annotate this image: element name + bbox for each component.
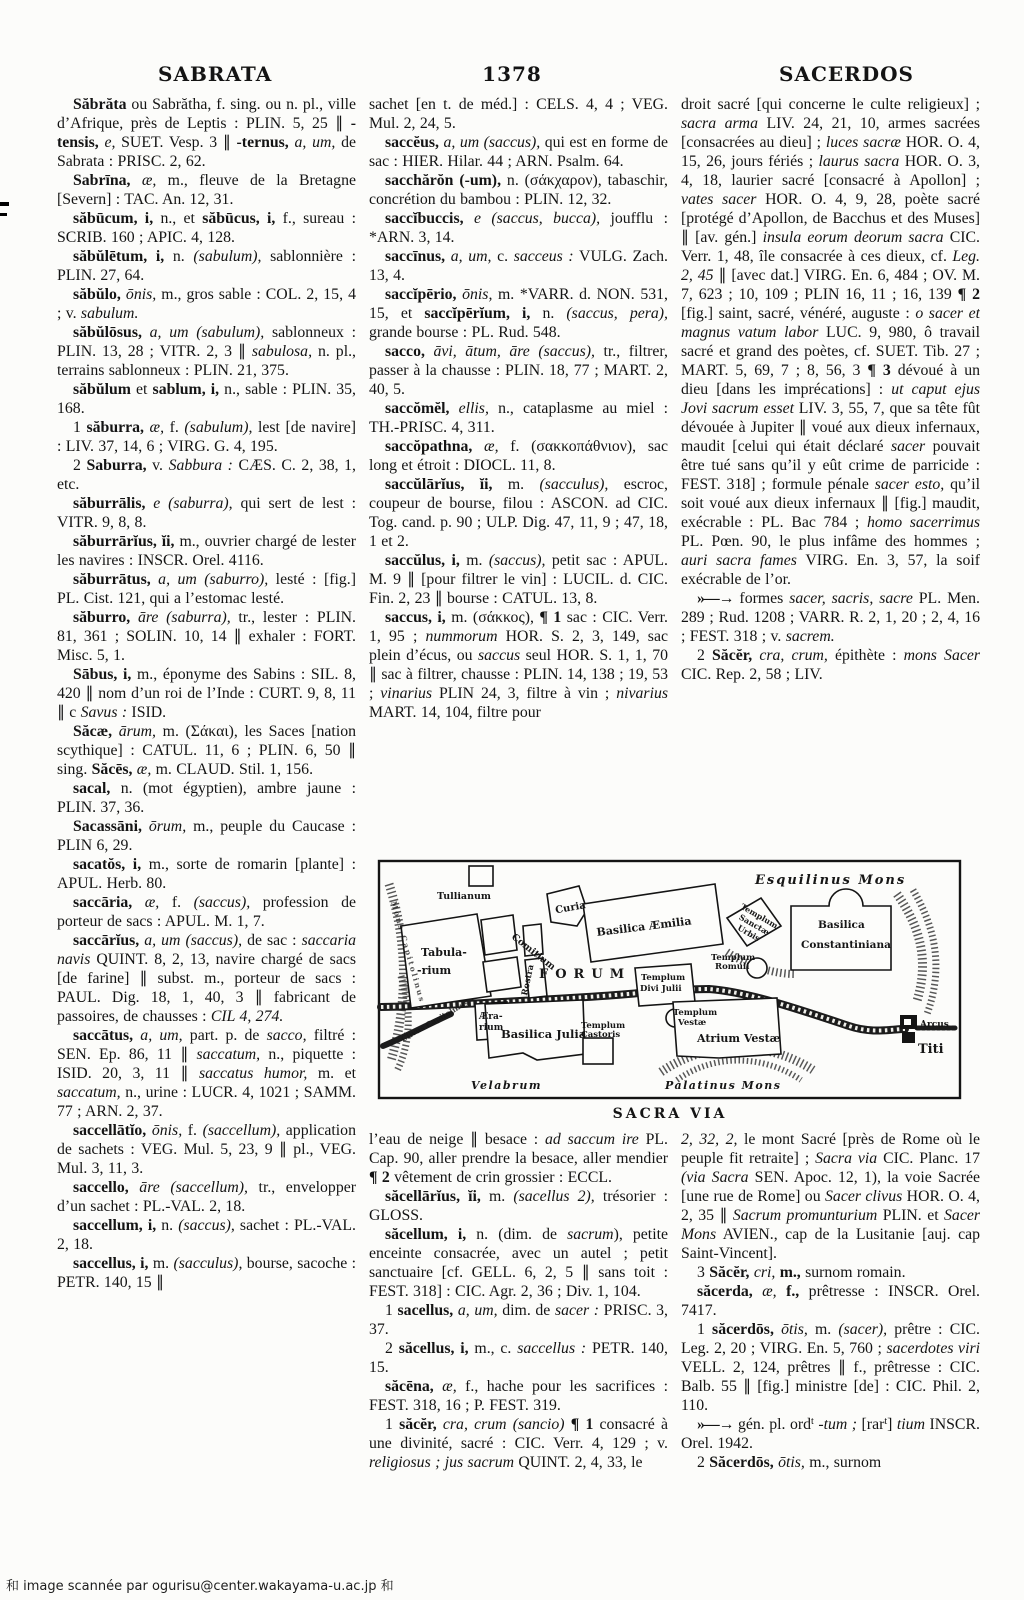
text-run: dim. de: [498, 1302, 555, 1319]
text-run: mons Sacer: [904, 647, 980, 664]
map-label-tullianum: Tullianum: [437, 891, 491, 902]
text-run: săburrārĭus, ĭi,: [73, 533, 175, 550]
dictionary-entry: sacchărŏn (-um), n. (σάκχαρον), tabaschi…: [369, 171, 668, 209]
text-run: m., c.: [469, 1340, 518, 1357]
column-1: Săbrăta ou Sabrătha, f. sing. ou n. pl.,…: [57, 95, 356, 1569]
text-run: PL. Pœn. 90, le plus infâme des hommes ;: [681, 533, 980, 550]
text-run: SUET. Vesp. 3 ∥: [115, 134, 236, 151]
text-run: (saccus),: [489, 552, 546, 569]
text-run: QUINT. 2, 4, 33, le: [514, 1454, 643, 1471]
text-run: Săcēs,: [92, 761, 133, 778]
text-run: cra, crum,: [752, 647, 828, 664]
text-run: āre (saburra),: [130, 609, 230, 626]
dictionary-entry: 2, 32, 2, le mont Sacré [près de Rome où…: [681, 1130, 980, 1263]
column-2-above-map: sachet [en t. de méd.] : CELS. 4, 4 ; VE…: [369, 95, 668, 851]
dictionary-entry: săbŭlētum, i, n. (sabulum), sablonnière …: [57, 247, 356, 285]
text-run: săbŭlētum, i,: [73, 248, 164, 265]
dictionary-page: SABRATA 1378 SACERDOS Săbrăta ou Sabrăth…: [0, 0, 1024, 1600]
text-run: »—→: [697, 590, 734, 607]
text-run: sacer :: [555, 1302, 599, 1319]
text-run: f.: [159, 894, 193, 911]
map-label-templum-castoris: Castoris: [581, 1030, 620, 1040]
map-label-palatinus-mons: Palatinus Mons: [664, 1079, 781, 1092]
text-run: m. (σάκκος),: [446, 609, 540, 626]
dictionary-entry: saccŏpathna, æ, f. (σακκοπάθνιον), sac l…: [369, 437, 668, 475]
text-run: ]: [887, 1416, 897, 1433]
map-label-aerarium: Æra-: [478, 1012, 503, 1022]
text-run: n.: [156, 1217, 178, 1234]
text-run: Săcĕr,: [709, 1264, 749, 1281]
text-run: m., surnom: [805, 1454, 881, 1471]
map-label-tabularium: -rium: [417, 964, 452, 977]
text-run: Sabrīna,: [73, 172, 131, 189]
text-run: æ,: [472, 438, 498, 455]
text-run: sacal,: [73, 780, 110, 797]
text-run: săcĕr,: [399, 1416, 437, 1433]
text-run: saccellus :: [517, 1340, 586, 1357]
dictionary-entry: Sacassāni, ōrum, m., peuple du Caucase :…: [57, 817, 356, 855]
dictionary-entry: saccŭlus, i, m. (saccus), petit sac : AP…: [369, 551, 668, 608]
text-run: săbūcum, i,: [73, 210, 153, 227]
dictionary-entry: l’eau de neige ∥ besace : ad saccum ire …: [369, 1130, 668, 1187]
dictionary-entry: săcellum, i, n. (dim. de sacrum), petite…: [369, 1225, 668, 1301]
forum-map-illustration: Esquilinus Mons Tullianum Curia Comitium…: [377, 856, 963, 1102]
column-2-below-map: l’eau de neige ∥ besace : ad saccum ire …: [369, 1130, 668, 1568]
dictionary-entry: saccātus, a, um, part. p. de sacco, filt…: [57, 1026, 356, 1121]
dictionary-entry: săburrālis, e (saburra), qui sert de les…: [57, 494, 356, 532]
text-run: æ,: [132, 894, 159, 911]
dictionary-entry: saccello, āre (saccellum), tr., envelopp…: [57, 1178, 356, 1216]
text-run: surnom romain.: [801, 1264, 906, 1281]
text-run: f.: [182, 1122, 202, 1139]
text-run: Savus :: [81, 704, 127, 721]
text-run: sacer esto,: [875, 476, 945, 493]
dictionary-entry: sacatŏs, i, m., sorte de romarin [plante…: [57, 855, 356, 893]
hill-hatching-esquilinus: [897, 894, 923, 1001]
text-run: ellis,: [449, 400, 488, 417]
text-run: Sacassāni,: [73, 818, 142, 835]
map-label-templum-divi-julii: Divi Julii: [640, 984, 682, 994]
text-run: e (saburra),: [145, 495, 232, 512]
map-label-templum-divi-julii: Templum: [641, 973, 685, 983]
text-run: săcellārĭus, ĭi,: [385, 1188, 481, 1205]
dictionary-entry: sacal, n. (mot égyptien), ambre jaune : …: [57, 779, 356, 817]
text-run: æ,: [131, 172, 157, 189]
text-run: āvi, ātum, āre (saccus),: [425, 343, 595, 360]
text-run: saccīnus,: [385, 248, 445, 265]
text-run: a, um,: [453, 1302, 497, 1319]
dictionary-entry: 1 săcĕr, cra, crum (sancio) ¶ 1 consacré…: [369, 1415, 668, 1472]
text-run: auri sacra fames: [681, 552, 797, 569]
text-run: c.: [491, 248, 513, 265]
dictionary-entry: 2 Saburra, v. Sabbura : CÆS. C. 2, 38, 1…: [57, 456, 356, 494]
map-label-basilica-julia: Basilica Julia: [501, 1027, 587, 1041]
text-run: sablum, i,: [153, 381, 220, 398]
text-run: ōnis,: [457, 286, 493, 303]
dictionary-entry: saccellus, i, m. (sacculus), bourse, sac…: [57, 1254, 356, 1292]
text-run: (sabulum),: [193, 248, 261, 265]
dictionary-entry: săbŭlo, ōnis, m., gros sable : COL. 2, 1…: [57, 285, 356, 323]
text-run: sacrum: [567, 1226, 614, 1243]
text-run: MART. 14, 104, filtre pour: [369, 704, 541, 721]
text-run: nummorum: [426, 628, 498, 645]
text-run: m.: [460, 552, 489, 569]
forum-map-svg: Esquilinus Mons Tullianum Curia Comitium…: [377, 856, 963, 1102]
text-run: saccŏmĕl,: [385, 400, 449, 417]
text-run: saccŭlārĭus, ĭi,: [385, 476, 493, 493]
text-run: æ,: [434, 1378, 457, 1395]
text-run: 1: [697, 1321, 712, 1338]
text-run: f.,: [786, 1283, 799, 1300]
dictionary-entry: săcēna, æ, f., hache pour les sacrifices…: [369, 1377, 668, 1415]
building-templum-castoris: [583, 1038, 613, 1064]
text-run: (saccus),: [194, 894, 251, 911]
scan-artifact: [0, 213, 7, 216]
text-run: a, um,: [445, 248, 491, 265]
text-run: cra, crum (sancio): [437, 1416, 565, 1433]
text-run: Săcæ,: [73, 723, 112, 740]
text-run: m. CLAUD. Stil. 1, 156.: [151, 761, 313, 778]
dictionary-entry: 2 săcellus, i, m., c. saccellus : PETR. …: [369, 1339, 668, 1377]
text-run: saccĭbuccis,: [385, 210, 464, 227]
text-run: 2: [73, 457, 86, 474]
text-run: a, um,: [133, 1027, 182, 1044]
text-run: gén. pl. ord: [734, 1416, 812, 1433]
text-run: săburra,: [86, 419, 144, 436]
text-run: homo sacerrimus: [867, 514, 980, 531]
text-run: ∥ [avec dat.] VIRG. En. 6, 484 ; OV. M. …: [681, 267, 980, 303]
text-run: (via Sacra: [681, 1169, 749, 1186]
dictionary-entry: droit sacré [qui concerne le culte relig…: [681, 95, 980, 589]
text-run: luces sacræ: [826, 134, 901, 151]
text-run: săburrātus,: [73, 571, 151, 588]
dictionary-entry: saccellātĭo, ōnis, f. (saccellum), appli…: [57, 1121, 356, 1178]
map-label-templum-vestae: Vestæ: [677, 1018, 706, 1028]
text-run: ISID.: [127, 704, 166, 721]
text-run: săbŭlum: [73, 381, 131, 398]
text-run: Sacer clivus: [825, 1188, 902, 1205]
text-run: săcellus, i,: [399, 1340, 469, 1357]
text-run: e (saccus, bucca),: [464, 210, 601, 227]
text-run: saccellus, i,: [73, 1255, 148, 1272]
text-run: ¶ 3: [867, 362, 890, 379]
text-run: f.: [164, 419, 184, 436]
dictionary-entry: săbŭlōsus, a, um (sabulum), sablonneux :…: [57, 323, 356, 380]
text-run: saccatum,: [197, 1046, 261, 1063]
text-run: săbŭlōsus,: [73, 324, 142, 341]
dictionary-entry: saccĕus, a, um (saccus), qui est en form…: [369, 133, 668, 171]
text-run: sacerdotes viri: [887, 1340, 981, 1357]
text-run: Sābus, i,: [73, 666, 131, 683]
text-run: »—→: [697, 1416, 734, 1433]
text-run: (sabulum),: [184, 419, 252, 436]
text-run: 2: [697, 647, 712, 664]
text-run: m. et: [307, 1065, 356, 1082]
map-label-templum-romuli: Romuli: [715, 962, 750, 972]
dictionary-entry: saccāria, æ, f. (saccus), profession de …: [57, 893, 356, 931]
text-run: saccāria,: [73, 894, 132, 911]
text-run: sacellus,: [398, 1302, 454, 1319]
text-run: sacceus :: [514, 248, 574, 265]
text-run: (saccellum),: [203, 1122, 281, 1139]
text-run: saccātus,: [73, 1027, 133, 1044]
text-run: m.: [493, 476, 540, 493]
text-run: săcellum, i,: [385, 1226, 466, 1243]
text-run: 3: [697, 1264, 709, 1281]
text-run: de sac :: [242, 932, 302, 949]
text-run: sacra arma: [681, 115, 758, 132]
text-run: ¶ 1: [571, 1416, 594, 1433]
text-run: Săbrăta: [73, 96, 127, 113]
text-run: saccatus humor,: [199, 1065, 307, 1082]
text-run: v.: [147, 457, 169, 474]
text-run: n. (dim. de: [466, 1226, 567, 1243]
dictionary-entry: Săbrăta ou Sabrătha, f. sing. ou n. pl.,…: [57, 95, 356, 171]
text-run: ōnis,: [121, 286, 156, 303]
text-run: 1: [385, 1416, 399, 1433]
text-run: ōtis,: [774, 1454, 805, 1471]
text-run: 1: [73, 419, 86, 436]
map-label-basilica-constantiniana: Constantiniana: [801, 939, 891, 951]
dictionary-entry: saccŏmĕl, ellis, n., cataplasme au miel …: [369, 399, 668, 437]
map-label-tabularium: Tabula-: [421, 946, 467, 959]
text-run: -ternus,: [237, 134, 289, 151]
text-run: l’eau de neige ∥ besace :: [369, 1131, 545, 1148]
dictionary-entry: sacco, āvi, ātum, āre (saccus), tr., fil…: [369, 342, 668, 399]
text-run: 2: [385, 1340, 399, 1357]
map-label-forum: FORUM: [539, 967, 631, 982]
text-run: saccatum,: [57, 1084, 121, 1101]
dictionary-entry: saccārĭus, a, um (saccus), de sac : sacc…: [57, 931, 356, 1026]
dictionary-entry: saccellum, i, n. (saccus), sachet : PL.-…: [57, 1216, 356, 1254]
map-label-basilica-constantiniana: Basilica: [818, 919, 865, 931]
text-run: m.: [808, 1321, 839, 1338]
text-run: æ,: [132, 761, 151, 778]
map-label-aerarium: rium: [479, 1023, 504, 1033]
text-run: vates sacer: [681, 191, 756, 208]
text-run: (sacculus),: [174, 1255, 243, 1272]
dictionary-entry: 1 săburra, æ, f. (sabulum), lest [de nav…: [57, 418, 356, 456]
text-run: 2, 32, 2,: [681, 1131, 737, 1148]
column-3-above-map: droit sacré [qui concerne le culte relig…: [681, 95, 980, 851]
text-run: a, um (sabulum),: [142, 324, 264, 341]
dictionary-entry: 2 Săcĕr, cra, crum, épithète : mons Sace…: [681, 646, 980, 684]
text-run: (saccus),: [178, 1217, 235, 1234]
dictionary-entry: Sābus, i, m., éponyme des Sabins : SIL. …: [57, 665, 356, 722]
dictionary-entry: sachet [en t. de méd.] : CELS. 4, 4 ; VE…: [369, 95, 668, 133]
text-run: VELL. 2, 124, prêtres ∥ f., prêtresse : …: [681, 1359, 980, 1414]
text-run: a, um (saburro),: [151, 571, 269, 588]
scan-artifact: [0, 202, 9, 206]
text-run: săbŭlo,: [73, 286, 121, 303]
dictionary-entry: 1 sacellus, a, um, dim. de sacer : PRISC…: [369, 1301, 668, 1339]
text-run: saccĕus,: [385, 134, 439, 151]
text-run: (sacculus),: [539, 476, 608, 493]
text-run: AVIEN., cap de la Lusitanie [auj. cap Sa…: [681, 1226, 980, 1262]
map-caption: SACRA VIA: [377, 1106, 963, 1122]
text-run: -tum ;: [818, 1416, 857, 1433]
dictionary-entry: Săcæ, ārum, m. (Σάκαι), les Saces [natio…: [57, 722, 356, 779]
header-right-word: SACERDOS: [779, 62, 914, 86]
text-run: [fig.] saint, sacré, vénéré, auguste :: [681, 305, 915, 322]
text-run: ¶ 1: [539, 609, 561, 626]
text-run: sachet [en t. de méd.] : CELS. 4, 4 ; VE…: [369, 96, 668, 132]
text-run: saccus, i,: [385, 609, 446, 626]
dictionary-entry: saccĭpērio, ōnis, m. *VARR. d. NON. 531,…: [369, 285, 668, 342]
text-run: PLIN 24, 3, filtre à vin ;: [432, 685, 616, 702]
text-run: sacco,: [267, 1027, 307, 1044]
text-run: CIC. Planc. 17: [877, 1150, 980, 1167]
text-run: sacco,: [385, 343, 425, 360]
building-atrium-vestae: [673, 998, 781, 1058]
text-run: saccĭpērĭum, i,: [424, 305, 530, 322]
dictionary-entry: săbŭlum et sablum, i, n., sable : PLIN. …: [57, 380, 356, 418]
text-run: Săcerdōs,: [709, 1454, 774, 1471]
text-run: saccĭpērio,: [385, 286, 457, 303]
text-run: [777, 1283, 786, 1300]
text-run: QUINT. 8, 2, 13, navire chargé de sacs […: [57, 951, 356, 1025]
dictionary-entry: Sabrīna, æ, m., fleuve de la Bretagne [S…: [57, 171, 356, 209]
building-annex: [483, 957, 521, 992]
dictionary-entry: săcerda, æ, f., prêtresse : INSCR. Orel.…: [681, 1282, 980, 1320]
text-run: e,: [99, 134, 116, 151]
text-run: grande bourse : PL. Rud. 548.: [369, 324, 561, 341]
map-label-titi: Titi: [918, 1042, 944, 1057]
text-run: ad saccum ire: [545, 1131, 639, 1148]
map-label-atrium-vestae: Atrium Vestæ: [696, 1032, 781, 1045]
text-run: droit sacré [qui concerne le culte relig…: [681, 96, 980, 113]
text-run: æ,: [144, 419, 164, 436]
building-annex: [481, 915, 517, 955]
text-run: formes: [734, 590, 790, 607]
text-run: āre (saccellum),: [129, 1179, 248, 1196]
dictionary-entry: săbūcum, i, n., et săbūcus, i, f., surea…: [57, 209, 356, 247]
column-3-below-map: 2, 32, 2, le mont Sacré [près de Rome où…: [681, 1130, 980, 1568]
text-run: ¶ 2: [369, 1169, 390, 1186]
text-run: CIL 4, 274.: [211, 1008, 284, 1025]
text-run: sacer, sacris, sacre: [789, 590, 913, 607]
text-run: nivarius: [616, 685, 668, 702]
text-run: a, um (saccus),: [439, 134, 540, 151]
text-run: ārum,: [112, 723, 156, 740]
text-run: n., et: [153, 210, 202, 227]
text-run: saccŏpathna,: [385, 438, 472, 455]
text-run: vêtement de crin grossier : ECCL.: [390, 1169, 612, 1186]
text-run: săbūcus, i,: [202, 210, 275, 227]
text-run: ¶ 2: [958, 286, 980, 303]
dictionary-entry: 1 săcerdōs, ōtis, m. (sacer), prêtre : C…: [681, 1320, 980, 1415]
dictionary-entry: saccīnus, a, um, c. sacceus : VULG. Zach…: [369, 247, 668, 285]
dictionary-entry: 2 Săcerdōs, ōtis, m., surnom: [681, 1453, 980, 1472]
text-run: cri,: [749, 1264, 775, 1281]
text-run: saccellātĭo,: [73, 1122, 146, 1139]
text-run: saccellum, i,: [73, 1217, 156, 1234]
text-run: săcerda,: [697, 1283, 753, 1300]
text-run: (sacer),: [838, 1321, 887, 1338]
text-run: sabulosa,: [252, 343, 312, 360]
running-header: SABRATA 1378 SACERDOS: [0, 62, 1024, 92]
text-run: jus sacrum: [445, 1454, 514, 1471]
text-run: sabulum.: [81, 305, 139, 322]
map-label-arcus: Arcus: [919, 1020, 949, 1030]
scan-credit: 和 image scannée par ogurisu@center.wakay…: [6, 1575, 394, 1594]
dictionary-entry: »—→ formes sacer, sacris, sacre PL. Men.…: [681, 589, 980, 646]
text-run: religiosus ;: [369, 1454, 440, 1471]
text-run: săcēna,: [385, 1378, 434, 1395]
text-run: 2: [697, 1454, 709, 1471]
text-run: m.: [481, 1188, 513, 1205]
text-run: (saccus, pera),: [566, 305, 668, 322]
text-run: săburrālis,: [73, 495, 145, 512]
text-run: n.: [530, 305, 566, 322]
building-arcus-titi: [902, 1032, 915, 1043]
dictionary-entry: »—→ gén. pl. ordt -tum ; [rart] tium INS…: [681, 1415, 980, 1453]
text-run: æ,: [753, 1283, 777, 1300]
text-run: PLIN. et: [877, 1207, 944, 1224]
text-run: ōrum,: [142, 818, 186, 835]
text-run: [rar: [857, 1416, 884, 1433]
map-label-velabrum: Velabrum: [471, 1079, 542, 1092]
text-run: m.: [148, 1255, 173, 1272]
text-run: épithète :: [828, 647, 904, 664]
text-run: insula eorum deorum sacra: [763, 229, 944, 246]
text-run: et: [131, 381, 153, 398]
text-run: vinarius: [380, 685, 432, 702]
text-run: Sacra via: [815, 1150, 877, 1167]
text-run: a, um,: [289, 134, 336, 151]
map-label-templum-vestae: Templum: [673, 1008, 717, 1018]
dictionary-entry: săburrārĭus, ĭi, m., ouvrier chargé de l…: [57, 532, 356, 570]
building-arcus-titi-opening: [904, 1019, 911, 1025]
text-run: saccus: [478, 647, 520, 664]
text-run: sacer: [891, 438, 925, 455]
text-run: săburro,: [73, 609, 130, 626]
text-run: sacchărŏn (-um),: [385, 172, 501, 189]
text-run: saccŭlus, i,: [385, 552, 460, 569]
text-run: saccārĭus,: [73, 932, 139, 949]
dictionary-entry: săburrātus, a, um (saburro), lesté : [fi…: [57, 570, 356, 608]
dictionary-entry: saccŭlārĭus, ĭi, m. (sacculus), escroc, …: [369, 475, 668, 551]
dictionary-entry: saccĭbuccis, e (saccus, bucca), joufflu …: [369, 209, 668, 247]
text-run: sacatŏs, i,: [73, 856, 141, 873]
text-run: saccello,: [73, 1179, 129, 1196]
dictionary-entry: 3 Săcĕr, cri, m., surnom romain.: [681, 1263, 980, 1282]
text-run: m.,: [780, 1264, 801, 1281]
text-run: Sabbura :: [169, 457, 233, 474]
hill-hatching-palatinus: [677, 1061, 801, 1081]
text-run: (sacellus 2),: [513, 1188, 594, 1205]
dictionary-entry: saccus, i, m. (σάκκος), ¶ 1 sac : CIC. V…: [369, 608, 668, 722]
text-run: Sacrum promunturium: [733, 1207, 877, 1224]
text-run: part. p. de: [183, 1027, 267, 1044]
text-run: ōtis,: [774, 1321, 808, 1338]
text-run: Săcĕr,: [712, 647, 752, 664]
map-label-esquilinus-mons: Esquilinus Mons: [754, 873, 906, 888]
building-tullianum: [469, 866, 493, 886]
dictionary-entry: săcellārĭus, ĭi, m. (sacellus 2), trésor…: [369, 1187, 668, 1225]
text-run: laurus sacra: [818, 153, 899, 170]
dictionary-entry: săburro, āre (saburra), tr., lester : PL…: [57, 608, 356, 665]
text-run: săcerdōs,: [712, 1321, 774, 1338]
text-run: n.: [164, 248, 193, 265]
text-run: 1: [385, 1302, 398, 1319]
text-run: a, um (saccus),: [139, 932, 242, 949]
text-run: ōnis,: [146, 1122, 182, 1139]
text-run: Saburra,: [86, 457, 146, 474]
text-run: sacrem.: [786, 628, 835, 645]
text-run: CIC. Rep. 2, 58 ; LIV.: [681, 666, 823, 683]
text-run: tium: [897, 1416, 925, 1433]
